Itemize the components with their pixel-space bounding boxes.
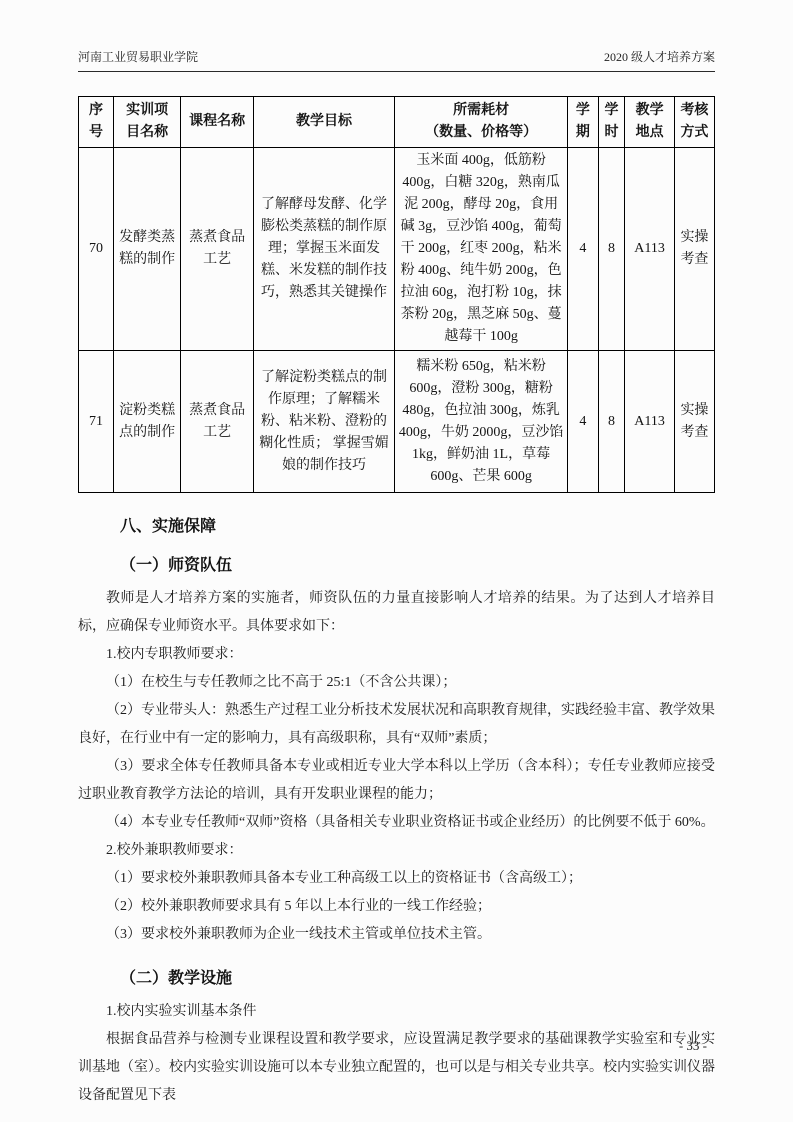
table-row: 70发酵类蒸糕的制作蒸煮食品工艺了解酵母发酵、化学膨松类蒸糕的制作原理；掌握玉米…: [79, 148, 715, 351]
document-page: 河南工业贸易职业学院 2020 级人才培养方案 序 号实训项 目名称课程名称教学…: [0, 0, 793, 1122]
paragraph: （1）要求校外兼职教师具备本专业工种高级工以上的资格证书（含高级工）；: [78, 865, 715, 893]
paragraph: （2）校外兼职教师要求具有 5 年以上本行业的一线工作经验；: [78, 893, 715, 921]
table-cell-assessment: 实操考查: [674, 351, 714, 493]
column-header: 序 号: [79, 97, 114, 148]
table-cell-assessment: 实操考查: [674, 148, 714, 351]
paragraph: （3）要求校外兼职教师为企业一线技术主管或单位技术主管。: [78, 921, 715, 949]
page-footer: - 33 -: [679, 1038, 707, 1054]
section-heading: 八、实施保障: [120, 513, 715, 536]
column-header: 学 期: [568, 97, 599, 148]
training-projects-table: 序 号实训项 目名称课程名称教学目标所需耗材 （数量、价格等）学 期学 时教学 …: [78, 96, 715, 493]
table-cell-objective: 了解淀粉类糕点的制作原理；了解糯米粉、粘米粉、澄粉的糊化性质； 掌握雪媚娘的制作…: [253, 351, 394, 493]
table-header: 序 号实训项 目名称课程名称教学目标所需耗材 （数量、价格等）学 期学 时教学 …: [79, 97, 715, 148]
subsection-heading: （一）师资队伍: [120, 552, 715, 575]
table-cell-location: A113: [625, 148, 675, 351]
table-row: 71淀粉类糕点的制作蒸煮食品工艺了解淀粉类糕点的制作原理；了解糯米粉、粘米粉、澄…: [79, 351, 715, 493]
table-body: 70发酵类蒸糕的制作蒸煮食品工艺了解酵母发酵、化学膨松类蒸糕的制作原理；掌握玉米…: [79, 148, 715, 493]
paragraph: （4）本专业专任教师“双师”资格（具备相关专业职业资格证书或企业经历）的比例要不…: [78, 809, 715, 837]
paragraph: 2.校外兼职教师要求：: [78, 837, 715, 865]
table-cell-seq: 71: [79, 351, 114, 493]
header-doc-title: 2020 级人才培养方案: [604, 48, 715, 65]
paragraph: 根据食品营养与检测专业课程设置和教学要求，应设置满足教学要求的基础课教学实验室和…: [78, 1026, 715, 1110]
column-header: 实训项 目名称: [113, 97, 180, 148]
page-header: 河南工业贸易职业学院 2020 级人才培养方案: [78, 0, 715, 72]
paragraph: （3）要求全体专任教师具备本专业或相近专业大学本科以上学历（含本科）；专任专业教…: [78, 753, 715, 809]
paragraph: 1.校内专职教师要求：: [78, 641, 715, 669]
document-body: 八、实施保障（一）师资队伍教师是人才培养方案的实施者，师资队伍的力量直接影响人才…: [78, 513, 715, 1110]
table-cell-location: A113: [625, 351, 675, 493]
table-cell-objective: 了解酵母发酵、化学膨松类蒸糕的制作原理；掌握玉米面发糕、米发糕的制作技巧，熟悉其…: [253, 148, 394, 351]
column-header: 教学目标: [253, 97, 394, 148]
table-cell-materials: 糯米粉 650g，粘米粉 600g，澄粉 300g，糖粉 480g，色拉油 30…: [395, 351, 568, 493]
table-cell-project: 发酵类蒸糕的制作: [113, 148, 180, 351]
paragraph: 1.校内实验实训基本条件: [78, 998, 715, 1026]
page-number: - 33 -: [679, 1038, 707, 1053]
table-cell-course: 蒸煮食品工艺: [181, 351, 254, 493]
paragraph: （1）在校生与专任教师之比不高于 25:1（不含公共课）；: [78, 669, 715, 697]
table-cell-semester: 4: [568, 351, 599, 493]
table-cell-hours: 8: [598, 148, 625, 351]
table-cell-course: 蒸煮食品工艺: [181, 148, 254, 351]
table-cell-seq: 70: [79, 148, 114, 351]
column-header: 学 时: [598, 97, 625, 148]
paragraph: （2）专业带头人：熟悉生产过程工业分析技术发展状况和高职教育规律，实践经验丰富、…: [78, 697, 715, 753]
table-cell-project: 淀粉类糕点的制作: [113, 351, 180, 493]
column-header: 教学 地点: [625, 97, 675, 148]
table-cell-materials: 玉米面 400g，低筋粉 400g，白糖 320g，熟南瓜泥 200g，酵母 2…: [395, 148, 568, 351]
subsection-heading: （二）教学设施: [120, 965, 715, 988]
column-header: 课程名称: [181, 97, 254, 148]
paragraph: 教师是人才培养方案的实施者，师资队伍的力量直接影响人才培养的结果。为了达到人才培…: [78, 585, 715, 641]
column-header: 考核 方式: [674, 97, 714, 148]
table-cell-hours: 8: [598, 351, 625, 493]
header-school-name: 河南工业贸易职业学院: [78, 48, 198, 65]
table-header-row: 序 号实训项 目名称课程名称教学目标所需耗材 （数量、价格等）学 期学 时教学 …: [79, 97, 715, 148]
table-cell-semester: 4: [568, 148, 599, 351]
column-header: 所需耗材 （数量、价格等）: [395, 97, 568, 148]
